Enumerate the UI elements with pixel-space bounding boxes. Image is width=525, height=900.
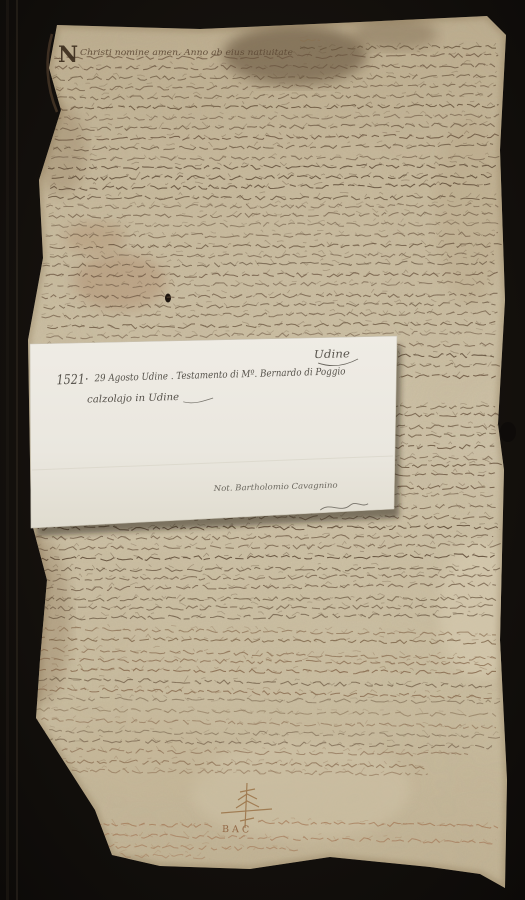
stain-mid-left (74, 254, 166, 310)
photo-canvas: N Christi nomine amen. Anno ab eius nati… (0, 0, 525, 900)
tone-bottom-left (80, 720, 220, 800)
slip-corner-note: Udine (314, 347, 351, 361)
ink-blot (165, 294, 171, 303)
incipit-text: Christi nomine amen. Anno ab eius natiui… (80, 47, 293, 57)
mount-fold-line (16, 0, 18, 900)
slip-date: 1521· (56, 371, 88, 388)
mount-seam-line (6, 0, 9, 900)
stain-small (65, 222, 125, 254)
notary-sign-letters: BAC (222, 824, 252, 836)
manuscript-photograph: N Christi nomine amen. Anno ab eius nati… (0, 0, 525, 900)
edge-tone-right (436, 115, 504, 305)
illuminated-initial: N (58, 42, 78, 68)
edge-notch (500, 422, 516, 442)
archival-slip: Udine 1521· 29 Agosto Udine . Testamento… (30, 336, 401, 536)
